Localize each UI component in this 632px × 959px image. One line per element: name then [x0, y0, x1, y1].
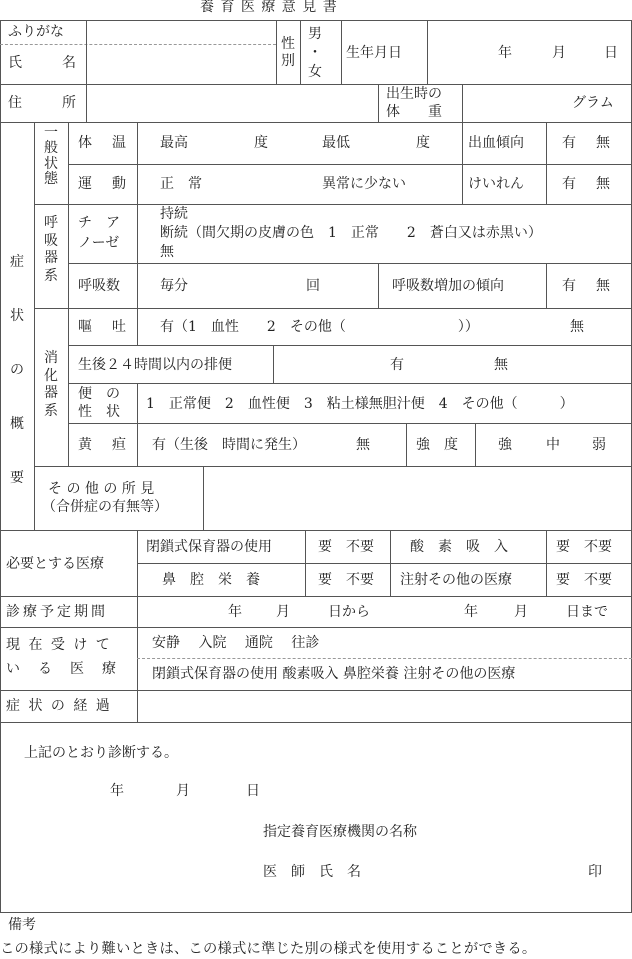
notes-heading: 備考 — [8, 918, 36, 932]
req-incubator-options[interactable]: 要 不要 — [318, 540, 374, 554]
movement-label-1: 運 — [78, 177, 92, 191]
req-nasal-label: 鼻 腔 栄 養 — [162, 573, 260, 587]
progress-label: 症 状 の 経 過 — [6, 699, 112, 713]
address-label-2: 所 — [62, 96, 76, 110]
temp-min-label: 最低 — [322, 136, 350, 150]
furigana-label: ふりがな — [8, 25, 64, 39]
req-incubator-label: 閉鎖式保育器の使用 — [146, 540, 272, 554]
sign-day-unit: 日 — [246, 784, 260, 798]
movement-label-2: 動 — [112, 177, 126, 191]
period-to-year: 年 — [464, 605, 478, 619]
resp-rate-unit: 回 — [306, 279, 320, 293]
stool-type-content[interactable]: 1 正常便 2 血性便 3 粘土様無胆汁便 4 その他（ ） — [146, 397, 574, 411]
resp-increase-no[interactable]: 無 — [596, 279, 610, 293]
vomit-none[interactable]: 無 — [570, 320, 584, 334]
birth-weight-unit: グラム — [572, 96, 614, 110]
current-care-label-2: い る 医 療 — [6, 662, 118, 676]
vomit-label-2: 吐 — [112, 320, 126, 334]
stool-24h-no[interactable]: 無 — [494, 358, 508, 372]
address-field[interactable] — [87, 85, 377, 121]
name-label-2: 名 — [62, 56, 76, 70]
sex-options[interactable]: 男 ・ 女 — [307, 25, 323, 82]
diagnosis-statement: 上記のとおり診断する。 — [24, 746, 178, 760]
other-findings-label-1: そ の 他 の 所 見 — [48, 482, 154, 496]
cyanosis-continuous[interactable]: 持続 — [160, 207, 188, 221]
vomit-label-1: 嘔 — [78, 320, 92, 334]
bleeding-label: 出血傾向 — [468, 136, 524, 150]
movement-normal[interactable]: 正 常 — [160, 177, 202, 191]
convulsion-no[interactable]: 無 — [596, 177, 610, 191]
stool-type-label-1: 便 の — [78, 387, 120, 401]
req-oxygen-label: 酸 素 吸 入 — [410, 540, 508, 554]
resp-rate-per-min: 毎分 — [160, 279, 188, 293]
sign-month-unit: 月 — [176, 784, 190, 798]
cyanosis-intermittent[interactable]: 断続（間欠期の皮膚の色 1 正常 2 蒼白又は赤黒い） — [160, 226, 542, 240]
temperature-label-2: 温 — [112, 136, 126, 150]
furigana-field[interactable] — [87, 21, 275, 43]
stool-24h-yes[interactable]: 有 — [390, 358, 404, 372]
birthdate-label: 生年月日 — [346, 46, 402, 60]
resp-increase-yes[interactable]: 有 — [562, 279, 576, 293]
other-findings-field[interactable] — [204, 467, 631, 529]
current-care-line1[interactable]: 安静 入院 通院 往診 — [152, 636, 319, 650]
name-field[interactable] — [87, 45, 275, 83]
period-from-month: 月 — [276, 605, 290, 619]
resp-rate-label: 呼吸数 — [78, 279, 120, 293]
req-injection-label: 注射その他の医療 — [400, 573, 512, 587]
jaundice-label-1: 黄 — [78, 438, 92, 452]
digestive-label: 消化器系 — [43, 350, 59, 420]
sex-label: 性 別 — [280, 36, 296, 70]
address-label-1: 住 — [8, 96, 22, 110]
jaundice-medium[interactable]: 中 — [546, 438, 560, 452]
symptoms-section-label: 症 状 の 概 要 — [9, 255, 25, 485]
vomit-content[interactable]: 有（1 血性 2 その他（ ）） — [160, 320, 479, 334]
bleeding-yes[interactable]: 有 — [562, 136, 576, 150]
treatment-period-label: 診療予定期間 — [6, 605, 108, 619]
sex-male[interactable]: 男 — [308, 26, 322, 42]
temperature-label-1: 体 — [78, 136, 92, 150]
seal-mark: 印 — [588, 865, 602, 879]
convulsion-yes[interactable]: 有 — [562, 177, 576, 191]
required-care-label: 必要とする医療 — [6, 557, 104, 571]
sex-female[interactable]: 女 — [308, 64, 322, 80]
notes-text: この様式により難いときは、この様式に準じた別の様式を使用することができる。 — [0, 942, 536, 956]
cyanosis-none[interactable]: 無 — [160, 245, 174, 259]
cyanosis-label-1: チ ア — [78, 216, 120, 230]
period-from-day: 日から — [328, 605, 370, 619]
temp-max-label: 最高 — [160, 136, 188, 150]
progress-field[interactable] — [138, 691, 631, 721]
period-to-day: 日まで — [566, 605, 608, 619]
sign-year-unit: 年 — [110, 784, 124, 798]
jaundice-none[interactable]: 無 — [356, 438, 370, 452]
jaundice-degree-label: 強 度 — [416, 438, 458, 452]
resp-increase-label: 呼吸数増加の傾向 — [392, 279, 504, 293]
stool-type-label-2: 性 状 — [78, 405, 120, 419]
req-injection-options[interactable]: 要 不要 — [556, 573, 612, 587]
birth-weight-label-2: 体 重 — [386, 105, 442, 119]
stool-24h-label: 生後２４時間以内の排便 — [78, 358, 232, 372]
jaundice-strong[interactable]: 強 — [498, 438, 512, 452]
jaundice-content[interactable]: 有（生後 時間に発生） — [152, 438, 306, 452]
current-care-line2[interactable]: 閉鎖式保育器の使用 酸素吸入 鼻腔栄養 注射その他の医療 — [152, 667, 515, 681]
current-care-label-1: 現 在 受 け て — [6, 638, 112, 652]
req-oxygen-options[interactable]: 要 不要 — [556, 540, 612, 554]
general-condition-label: 一般状態 — [43, 126, 59, 188]
temp-max-unit: 度 — [254, 136, 268, 150]
bleeding-no[interactable]: 無 — [596, 136, 610, 150]
birthdate-month-unit: 月 — [552, 46, 566, 60]
cyanosis-label-2: ノーゼ — [78, 236, 119, 250]
period-to-month: 月 — [514, 605, 528, 619]
doctor-label: 医 師 氏 名 — [263, 865, 361, 879]
temp-min-unit: 度 — [416, 136, 430, 150]
convulsion-label: けいれん — [468, 177, 524, 191]
req-nasal-options[interactable]: 要 不要 — [318, 573, 374, 587]
birthdate-year-unit: 年 — [498, 46, 512, 60]
other-findings-label-2: （合併症の有無等） — [42, 500, 168, 514]
jaundice-weak[interactable]: 弱 — [592, 438, 606, 452]
movement-abnormal[interactable]: 異常に少ない — [322, 177, 406, 191]
name-label-1: 氏 — [8, 56, 22, 70]
birthdate-day-unit: 日 — [604, 46, 618, 60]
respiratory-label: 呼吸器系 — [43, 215, 59, 285]
jaundice-label-2: 疸 — [112, 438, 126, 452]
birth-weight-label-1: 出生時の — [386, 87, 442, 101]
page-title: 養 育 医 療 意 見 書 — [200, 0, 338, 14]
institution-label: 指定養育医療機関の名称 — [263, 825, 417, 839]
period-from-year: 年 — [228, 605, 242, 619]
